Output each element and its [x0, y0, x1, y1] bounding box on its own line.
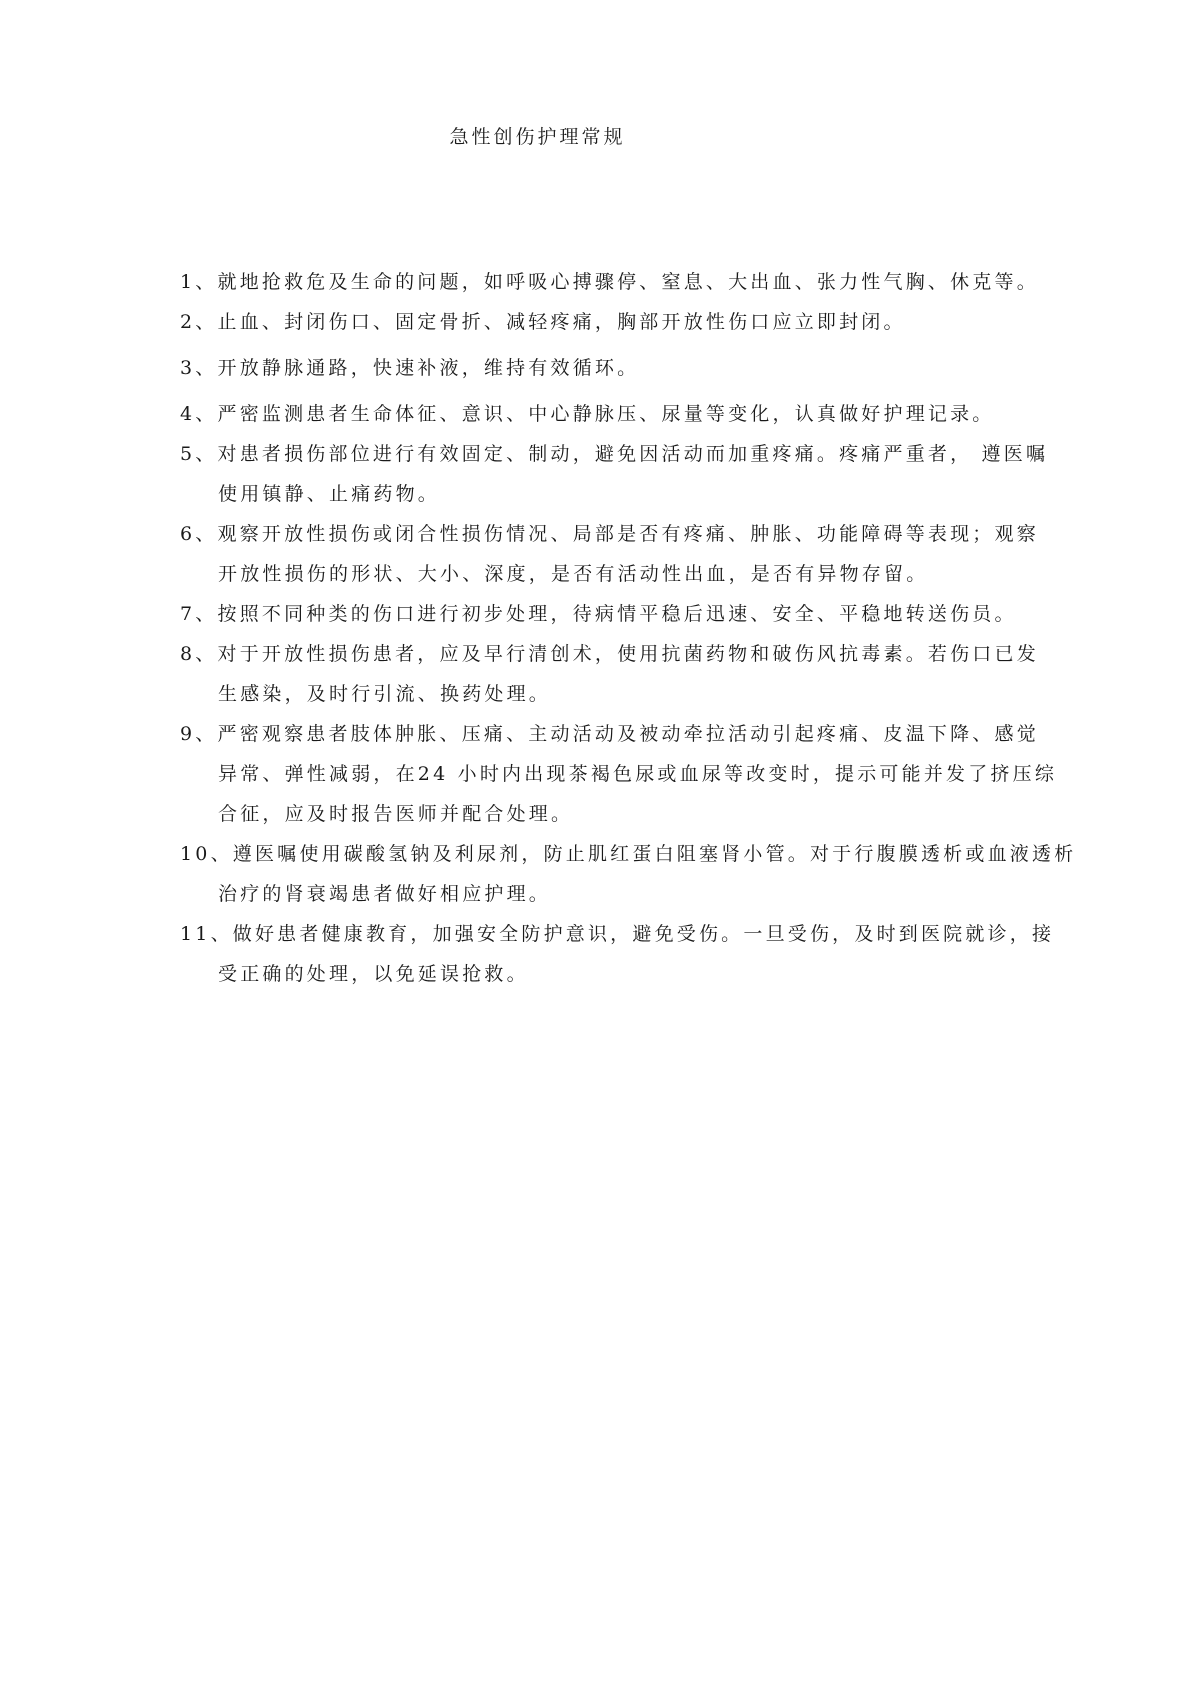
document-title: 急性创伤护理常规: [0, 122, 1075, 149]
item-text: 做好患者健康教育，加强安全防护意识，避免受伤。一旦受伤，及时到医院就诊，接: [233, 923, 1054, 945]
item-text: 开放静脉通路，快速补液，维持有效循环。: [218, 357, 640, 379]
item-number: 5、: [180, 443, 218, 465]
item-number: 3、: [180, 357, 218, 379]
item-text-continued: 合征，应及时报告医师并配合处理。: [218, 803, 573, 825]
item-text: 止血、封闭伤口、固定骨折、减轻疼痛，胸部开放性伤口应立即封闭。: [218, 311, 906, 333]
item-text: 观察开放性损伤或闭合性损伤情况、局部是否有疼痛、肿胀、功能障碍等表现；观察: [218, 523, 1039, 545]
item-text-continued: 开放性损伤的形状、大小、深度，是否有活动性出血，是否有异物存留。: [218, 563, 928, 585]
item-text: 按照不同种类的伤口进行初步处理，待病情平稳后迅速、安全、平稳地转送伤员。: [218, 603, 1017, 625]
list-item-1: 1、就地抢救危及生命的问题，如呼吸心搏骤停、窒息、大出血、张力性气胸、休克等。: [180, 262, 1020, 302]
item-number: 2、: [180, 311, 218, 333]
item-text: 遵医嘱使用碳酸氢钠及利尿剂，防止肌红蛋白阻塞肾小管。对于行腹膜透析或血液透析: [233, 843, 1077, 865]
item-number: 7、: [180, 603, 218, 625]
item-text-continued: 生感染，及时行引流、换药处理。: [218, 683, 551, 705]
list-item-11: 11、做好患者健康教育，加强安全防护意识，避免受伤。一旦受伤，及时到医院就诊，接…: [180, 914, 1020, 994]
list-item-10: 10、遵医嘱使用碳酸氢钠及利尿剂，防止肌红蛋白阻塞肾小管。对于行腹膜透析或血液透…: [180, 834, 1020, 914]
document-page: 急性创伤护理常规 1、就地抢救危及生命的问题，如呼吸心搏骤停、窒息、大出血、张力…: [0, 0, 1190, 1684]
list-item-8: 8、对于开放性损伤患者，应及早行清创术，使用抗菌药物和破伤风抗毒素。若伤口已发 …: [180, 634, 1020, 714]
item-number: 11、: [180, 923, 233, 945]
item-text-continued: 异常、弹性减弱，在24 小时内出现茶褐色尿或血尿等改变时，提示可能并发了挤压综: [218, 763, 1057, 785]
list-item-9: 9、严密观察患者肢体肿胀、压痛、主动活动及被动牵拉活动引起疼痛、皮温下降、感觉 …: [180, 714, 1020, 834]
item-text: 对患者损伤部位进行有效固定、制动，避免因活动而加重疼痛。疼痛严重者， 遵医嘱: [218, 443, 1049, 465]
item-number: 4、: [180, 403, 218, 425]
list-item-4: 4、严密监测患者生命体征、意识、中心静脉压、尿量等变化，认真做好护理记录。: [180, 394, 1020, 434]
item-number: 8、: [180, 643, 218, 665]
item-text: 严密观察患者肢体肿胀、压痛、主动活动及被动牵拉活动引起疼痛、皮温下降、感觉: [218, 723, 1039, 745]
item-number: 1、: [180, 271, 218, 293]
list-item-2: 2、止血、封闭伤口、固定骨折、减轻疼痛，胸部开放性伤口应立即封闭。: [180, 302, 1020, 342]
list-item-7: 7、按照不同种类的伤口进行初步处理，待病情平稳后迅速、安全、平稳地转送伤员。: [180, 594, 1020, 634]
item-number: 6、: [180, 523, 218, 545]
item-text-continued: 受正确的处理，以免延误抢救。: [218, 963, 529, 985]
item-text: 严密监测患者生命体征、意识、中心静脉压、尿量等变化，认真做好护理记录。: [218, 403, 995, 425]
list-item-6: 6、观察开放性损伤或闭合性损伤情况、局部是否有疼痛、肿胀、功能障碍等表现；观察 …: [180, 514, 1020, 594]
item-number: 10、: [180, 843, 233, 865]
item-text-continued: 使用镇静、止痛药物。: [218, 483, 440, 505]
item-number: 9、: [180, 723, 218, 745]
list-item-5: 5、对患者损伤部位进行有效固定、制动，避免因活动而加重疼痛。疼痛严重者， 遵医嘱…: [180, 434, 1020, 514]
item-text: 就地抢救危及生命的问题，如呼吸心搏骤停、窒息、大出血、张力性气胸、休克等。: [218, 271, 1039, 293]
list-item-3: 3、开放静脉通路，快速补液，维持有效循环。: [180, 348, 1020, 388]
item-text: 对于开放性损伤患者，应及早行清创术，使用抗菌药物和破伤风抗毒素。若伤口已发: [218, 643, 1039, 665]
nursing-procedure-list: 1、就地抢救危及生命的问题，如呼吸心搏骤停、窒息、大出血、张力性气胸、休克等。 …: [180, 262, 1020, 994]
item-text-continued: 治疗的肾衰竭患者做好相应护理。: [218, 883, 551, 905]
